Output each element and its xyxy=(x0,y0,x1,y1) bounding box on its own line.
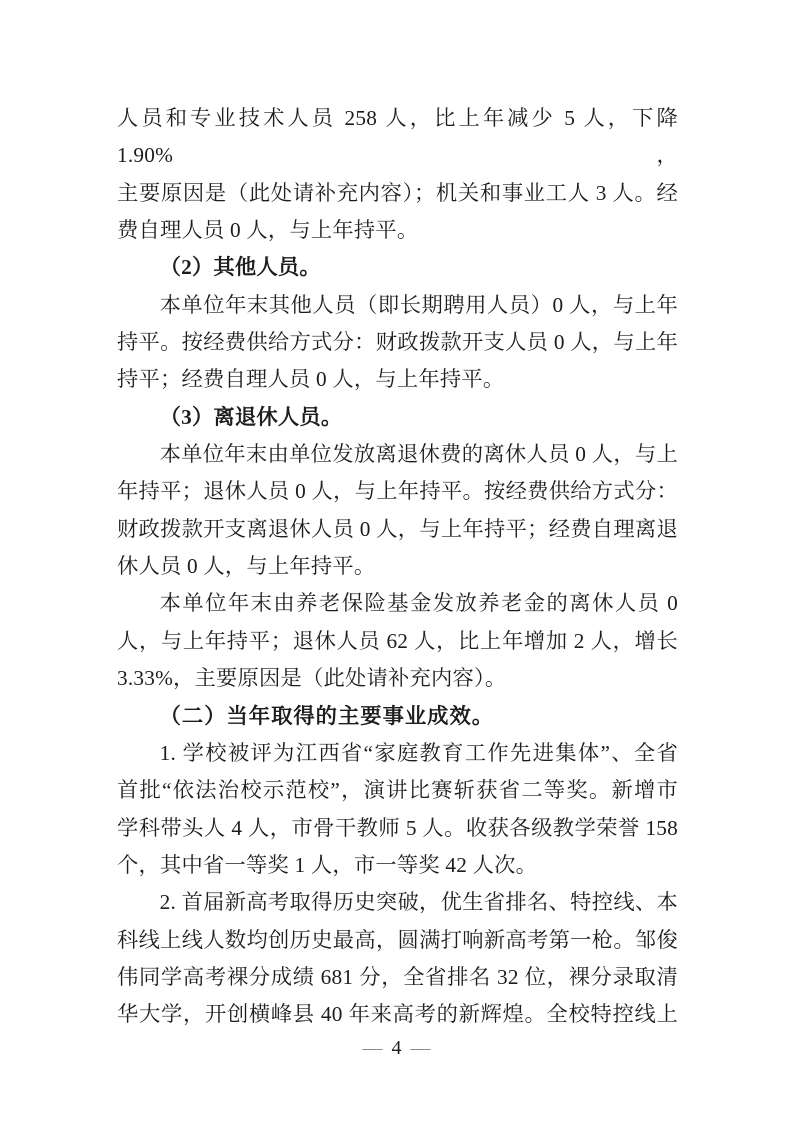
page-number: 4 xyxy=(392,1037,402,1059)
text-line: 2. 首届新高考取得历史突破，优生省排名、特控线、本 xyxy=(117,884,678,921)
sub-heading: （2）其他人员。 xyxy=(117,249,678,286)
text-line: 本单位年末由单位发放离退休费的离休人员 0 人，与上 xyxy=(117,436,678,473)
text-line: 主要原因是（此处请补充内容）；机关和事业工人 3 人。经 xyxy=(117,175,678,212)
document-page: 人员和专业技术人员 258 人，比上年减少 5 人，下降 1.90%，主要原因是… xyxy=(0,0,793,1122)
text-line: 人，与上年持平；退休人员 62 人，比上年增加 2 人，增长 xyxy=(117,623,678,660)
text-line: 持平；经费自理人员 0 人，与上年持平。 xyxy=(117,361,678,398)
text-line: 费自理人员 0 人，与上年持平。 xyxy=(117,212,678,249)
page-footer: —4— xyxy=(0,1033,793,1063)
text-line: 个，其中省一等奖 1 人，市一等奖 42 人次。 xyxy=(117,847,678,884)
section-heading: （二）当年取得的主要事业成效。 xyxy=(117,698,678,735)
text-line: 学科带头人 4 人，市骨干教师 5 人。收获各级教学荣誉 158 xyxy=(117,810,678,847)
document-body: 人员和专业技术人员 258 人，比上年减少 5 人，下降 1.90%，主要原因是… xyxy=(117,100,678,1034)
text-line: 华大学，开创横峰县 40 年来高考的新辉煌。全校特控线上 xyxy=(117,996,678,1033)
text-line: 休人员 0 人，与上年持平。 xyxy=(117,548,678,585)
text-line: 人员和专业技术人员 258 人，比上年减少 5 人，下降 1.90%， xyxy=(117,100,678,175)
text-line: 科线上线人数均创历史最高，圆满打响新高考第一枪。邹俊 xyxy=(117,922,678,959)
footer-dash-left: — xyxy=(354,1037,392,1059)
text-line: 1. 学校被评为江西省“家庭教育工作先进集体”、全省 xyxy=(117,735,678,772)
text-line: 首批“依法治校示范校”，演讲比赛斩获省二等奖。新增市 xyxy=(117,772,678,809)
text-line: 年持平；退休人员 0 人，与上年持平。按经费供给方式分： xyxy=(117,473,678,510)
text-line: 本单位年末其他人员（即长期聘用人员）0 人，与上年 xyxy=(117,287,678,324)
text-line: 持平。按经费供给方式分：财政拨款开支人员 0 人，与上年 xyxy=(117,324,678,361)
text-line: 3.33%，主要原因是（此处请补充内容）。 xyxy=(117,660,678,697)
footer-dash-right: — xyxy=(402,1037,440,1059)
text-line: 本单位年末由养老保险基金发放养老金的离休人员 0 xyxy=(117,585,678,622)
text-line: 伟同学高考裸分成绩 681 分，全省排名 32 位，裸分录取清 xyxy=(117,959,678,996)
sub-heading: （3）离退休人员。 xyxy=(117,399,678,436)
text-line: 财政拨款开支离退休人员 0 人，与上年持平；经费自理离退 xyxy=(117,511,678,548)
